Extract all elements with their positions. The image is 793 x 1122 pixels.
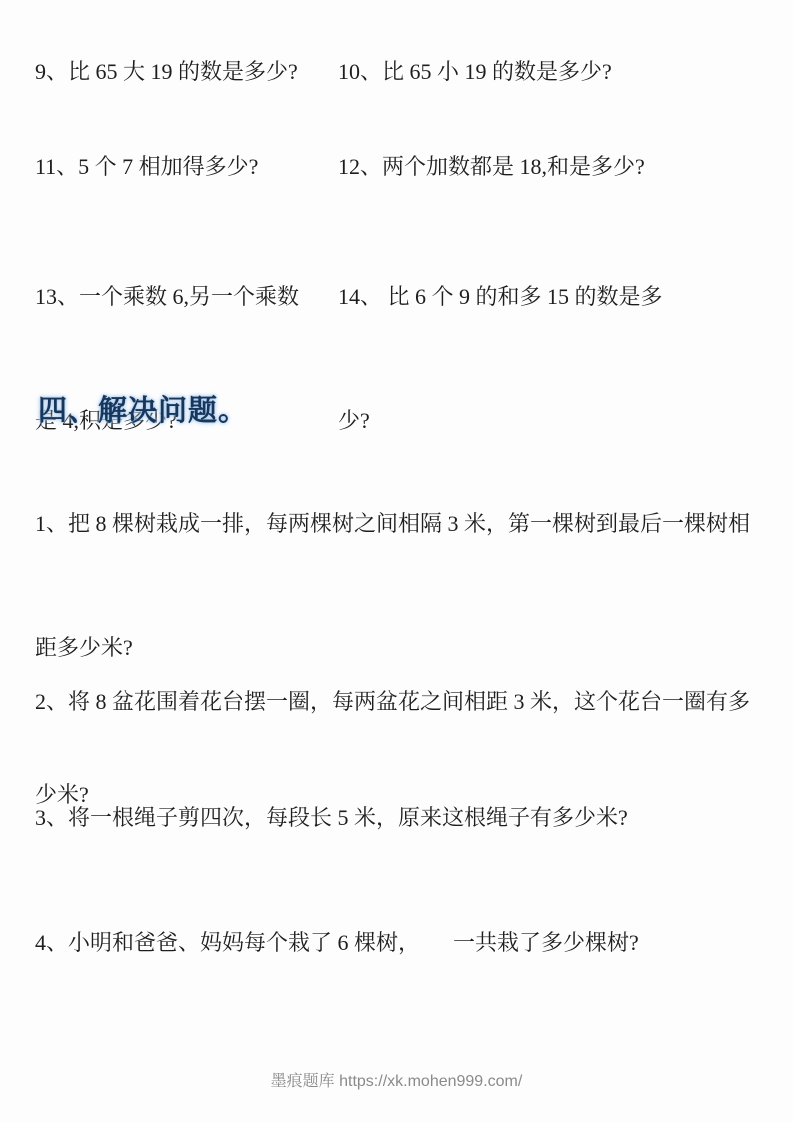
question-9: 9、比 65 大 19 的数是多少? xyxy=(35,57,298,87)
question-10: 10、比 65 小 19 的数是多少? xyxy=(338,57,612,87)
worksheet-page: 9、比 65 大 19 的数是多少? 10、比 65 小 19 的数是多少? 1… xyxy=(0,0,793,1122)
question-14-line-2: 少? xyxy=(338,406,783,436)
question-13-line-1: 13、一个乘数 6,另一个乘数 xyxy=(35,282,335,312)
section-heading-solve-problems: 四、解决问题。 xyxy=(38,393,248,429)
word-problem-2: 2、将 8 盆花围着花台摆一圈，每两盆花之间相距 3 米，这个花台一圈有多 少米… xyxy=(35,627,783,870)
word-problem-3: 3、将一根绳子剪四次，每段长 5 米，原来这根绳子有多少米? xyxy=(35,803,783,833)
question-14-line-1: 14、 比 6 个 9 的和多 15 的数是多 xyxy=(338,282,783,312)
word-problem-1-line-1: 1、把 8 棵树栽成一排，每两棵树之间相隔 3 米，第一棵树到最后一棵树相 xyxy=(35,509,783,539)
footer-credit: 墨痕题库 https://xk.mohen999.com/ xyxy=(0,1068,793,1091)
word-problem-2-line-1: 2、将 8 盆花围着花台摆一圈，每两盆花之间相距 3 米，这个花台一圈有多 xyxy=(35,687,783,717)
word-problem-4: 4、小明和爸爸、妈妈每个栽了 6 棵树， 一共栽了多少棵树? xyxy=(35,928,783,958)
question-12: 12、两个加数都是 18,和是多少? xyxy=(338,152,645,182)
question-11: 11、5 个 7 相加得多少? xyxy=(35,152,258,182)
